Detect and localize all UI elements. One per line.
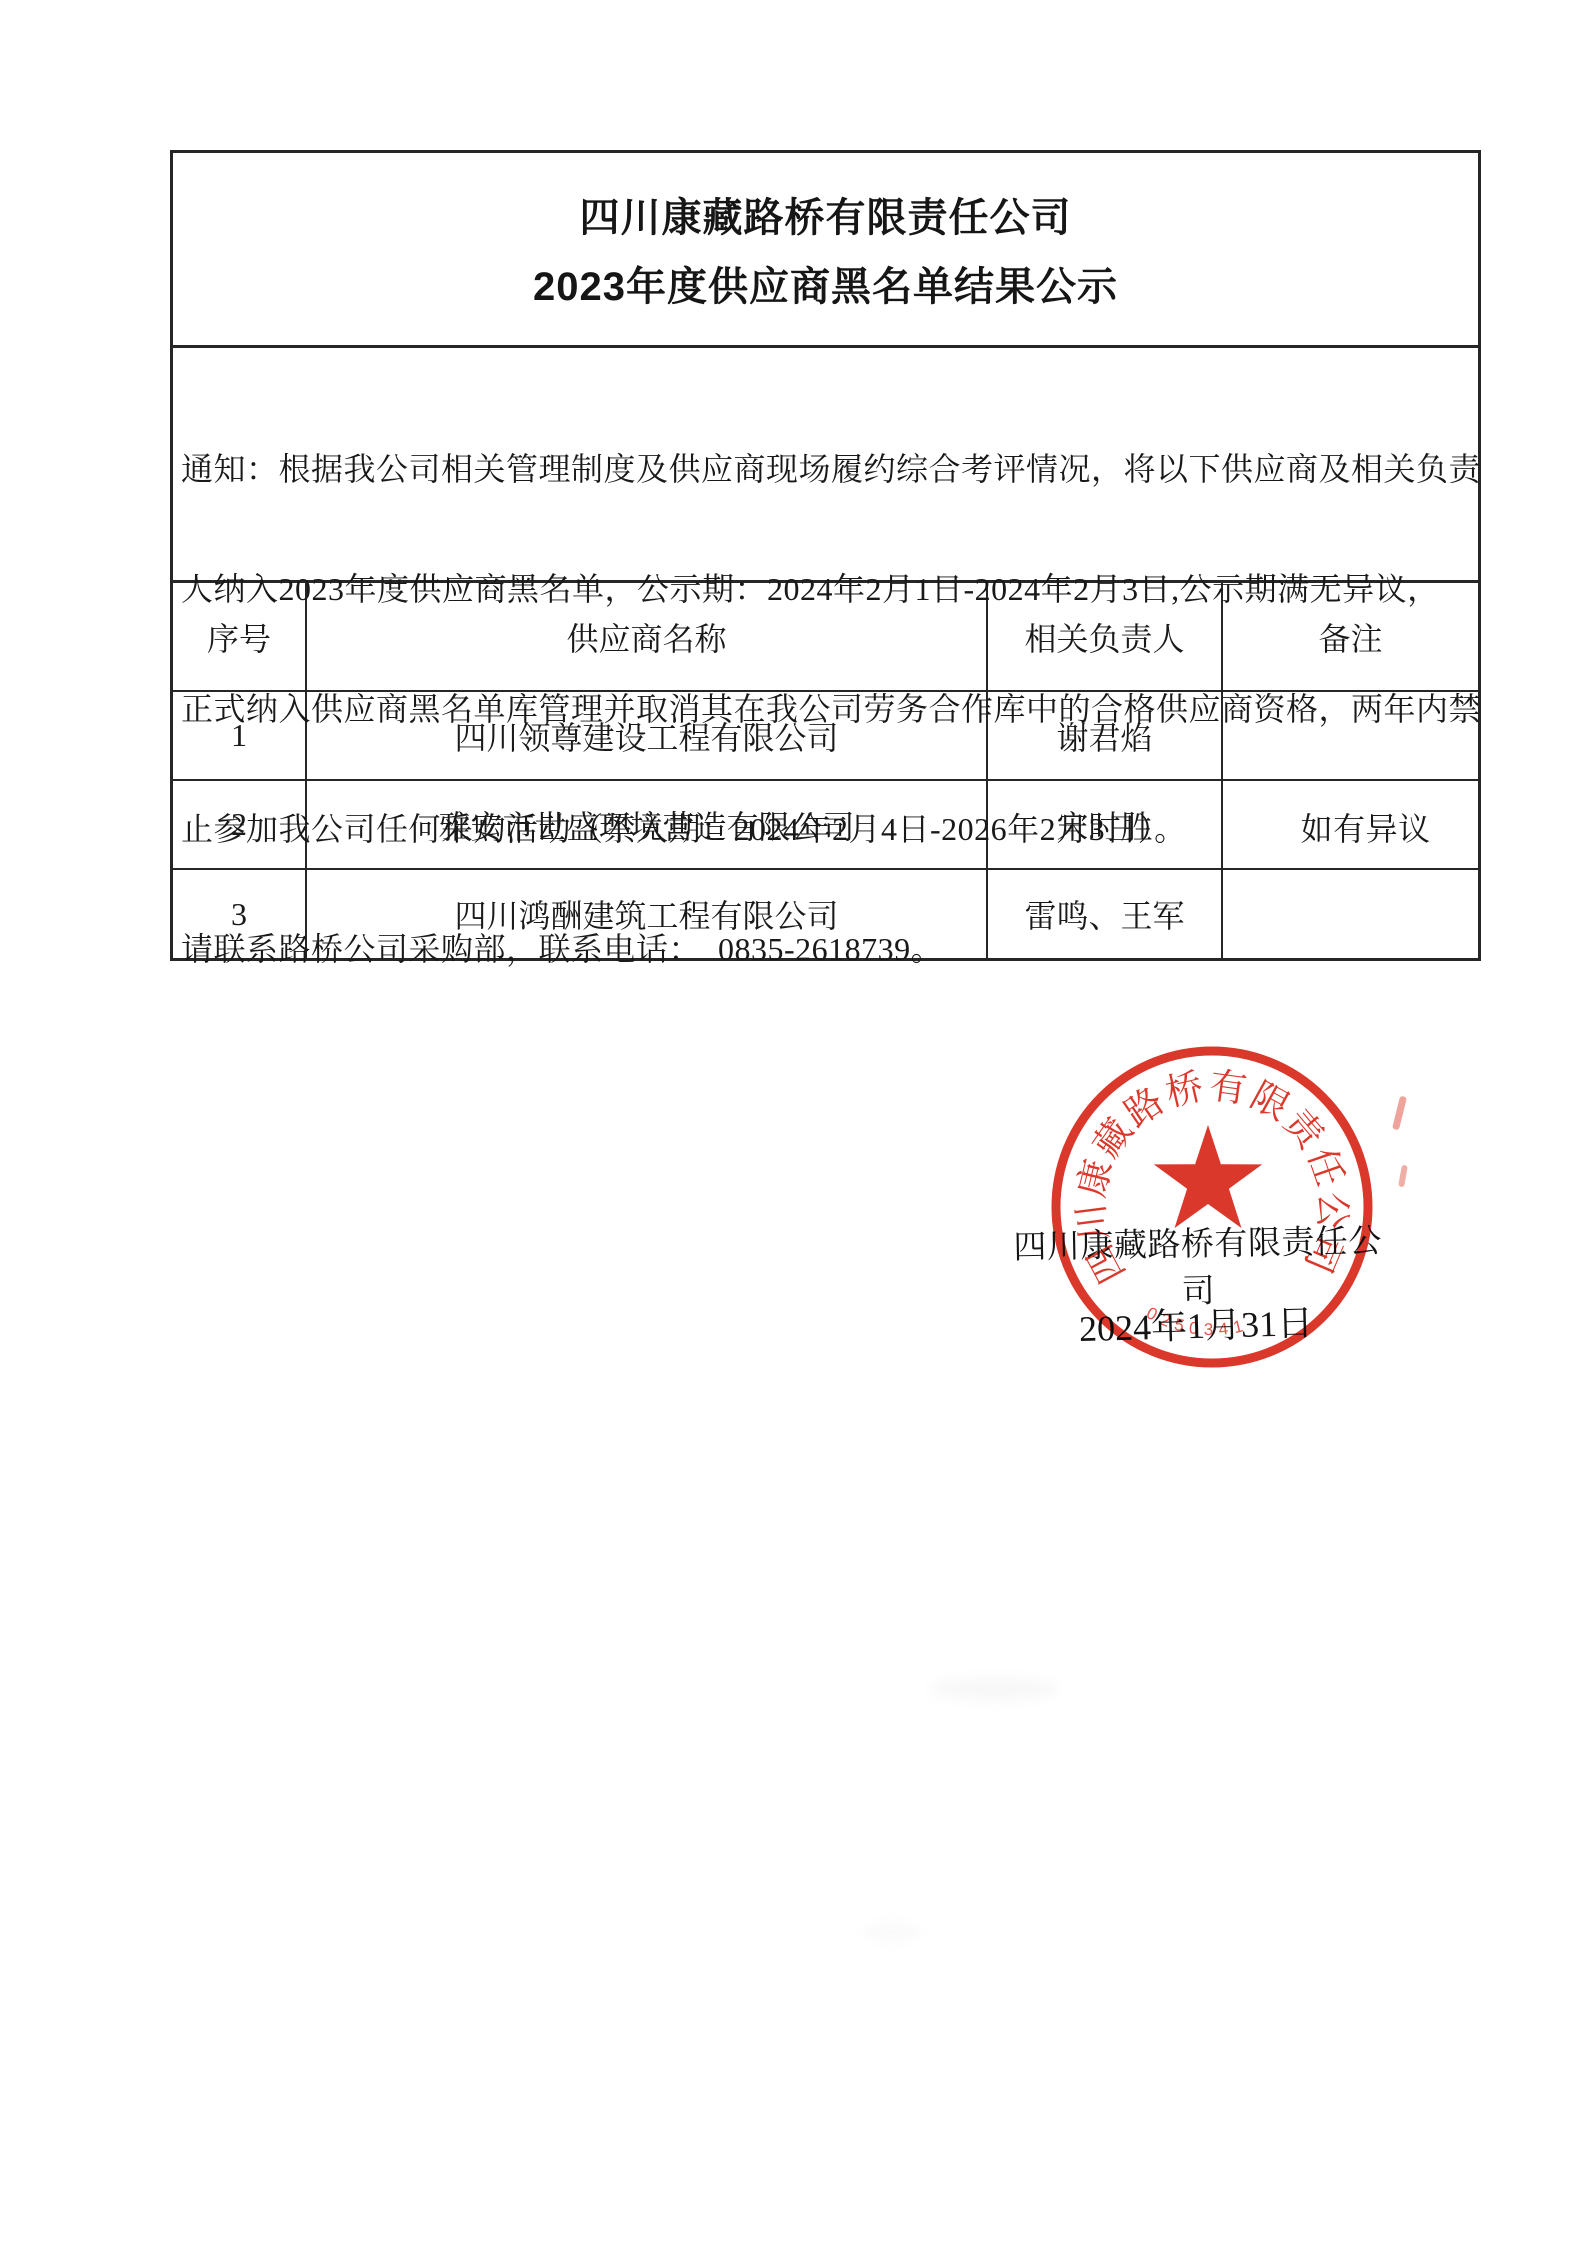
official-seal: 四川康藏路桥有限责任公司 0250341 [1040,1032,1390,1382]
cell-remark [1222,869,1478,958]
stamp-artifact [1398,1165,1408,1188]
seal-serial-number: 0250341 [1143,1303,1250,1339]
title-company-line: 四川康藏路桥有限责任公司 [580,186,1072,243]
title-block: 四川康藏路桥有限责任公司 2023年度供应商黑名单结果公示 [173,153,1478,348]
document-page: 四川康藏路桥有限责任公司 2023年度供应商黑名单结果公示 通知：根据我公司相关… [0,0,1587,2244]
notice-document: 四川康藏路桥有限责任公司 2023年度供应商黑名单结果公示 通知：根据我公司相关… [170,150,1481,961]
seal-serial-holder: 0250341 [1143,1303,1250,1339]
title-subject-line: 2023年度供应商黑名单结果公示 [533,255,1118,312]
scan-smudge [930,1678,1060,1700]
blacklist-table: 序号 供应商名称 相关负责人 备注 1 四川领尊建设工程有限公司 谢君焰 2 雅… [173,583,1478,958]
notice-paragraph: 通知：根据我公司相关管理制度及供应商现场履约综合考评情况，将以下供应商及相关负责… [173,348,1478,583]
scan-smudge [862,1924,922,1940]
notice-line: 通知：根据我公司相关管理制度及供应商现场履约综合考评情况，将以下供应商及相关负责 [181,449,1472,489]
cell-person: 雷鸣、王军 [987,869,1222,958]
notice-line: 人纳入2023年度供应商黑名单，公示期：2024年2月1日-2024年2月3日,… [181,569,1472,609]
stamp-artifact [1392,1096,1407,1131]
star-icon [1154,1125,1262,1228]
